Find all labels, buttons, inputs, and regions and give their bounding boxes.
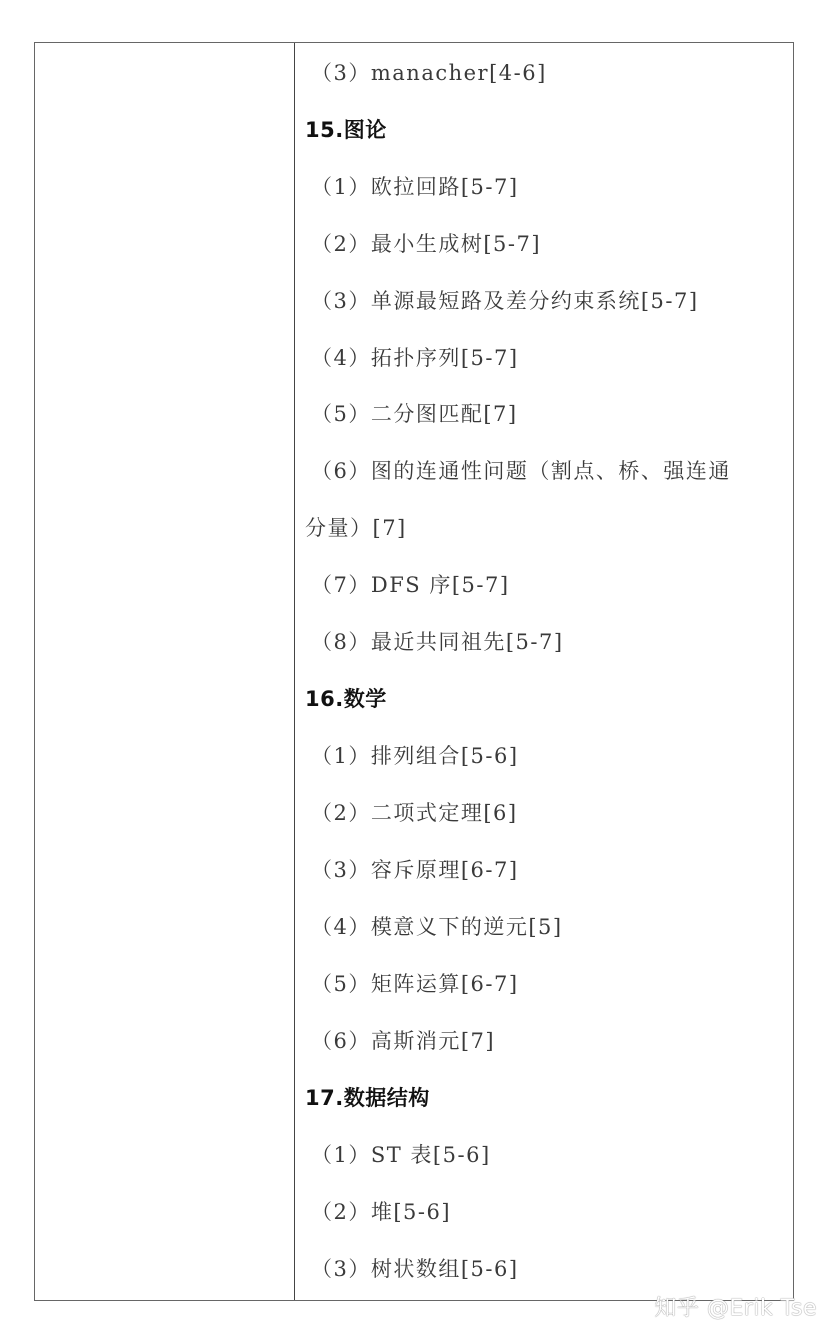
section-heading: 16.数学 <box>305 685 387 713</box>
list-item: （7）DFS 序[5-7] <box>311 571 510 599</box>
list-item: （4）拓扑序列[5-7] <box>311 344 519 372</box>
section-heading: 15.图论 <box>305 116 387 144</box>
table-left-column <box>35 43 295 1300</box>
list-item: （1）ST 表[5-6] <box>311 1141 491 1169</box>
watermark: 知乎 @Erik Tse <box>654 1291 817 1322</box>
list-item: （3）单源最短路及差分约束系统[5-7] <box>311 287 699 315</box>
list-item-continuation: 分量）[7] <box>305 514 407 542</box>
list-item: （2）堆[5-6] <box>311 1198 451 1226</box>
list-item: （1）排列组合[5-6] <box>311 742 519 770</box>
list-item: （3）树状数组[5-6] <box>311 1255 519 1283</box>
syllabus-table: （3）manacher[4-6] 15.图论 （1）欧拉回路[5-7] （2）最… <box>34 42 794 1301</box>
list-item: （3）manacher[4-6] <box>311 59 547 87</box>
list-item: （5）矩阵运算[6-7] <box>311 970 519 998</box>
list-item: （1）欧拉回路[5-7] <box>311 173 519 201</box>
table-right-column: （3）manacher[4-6] 15.图论 （1）欧拉回路[5-7] （2）最… <box>295 43 793 1300</box>
list-item: （8）最近共同祖先[5-7] <box>311 628 564 656</box>
list-item: （6）图的连通性问题（割点、桥、强连通 <box>311 457 731 485</box>
section-heading: 17.数据结构 <box>305 1084 430 1112</box>
list-item: （4）模意义下的逆元[5] <box>311 913 563 941</box>
list-item: （5）二分图匹配[7] <box>311 400 518 428</box>
list-item: （2）最小生成树[5-7] <box>311 230 541 258</box>
list-item: （3）容斥原理[6-7] <box>311 856 519 884</box>
list-item: （2）二项式定理[6] <box>311 799 518 827</box>
list-item: （6）高斯消元[7] <box>311 1027 495 1055</box>
